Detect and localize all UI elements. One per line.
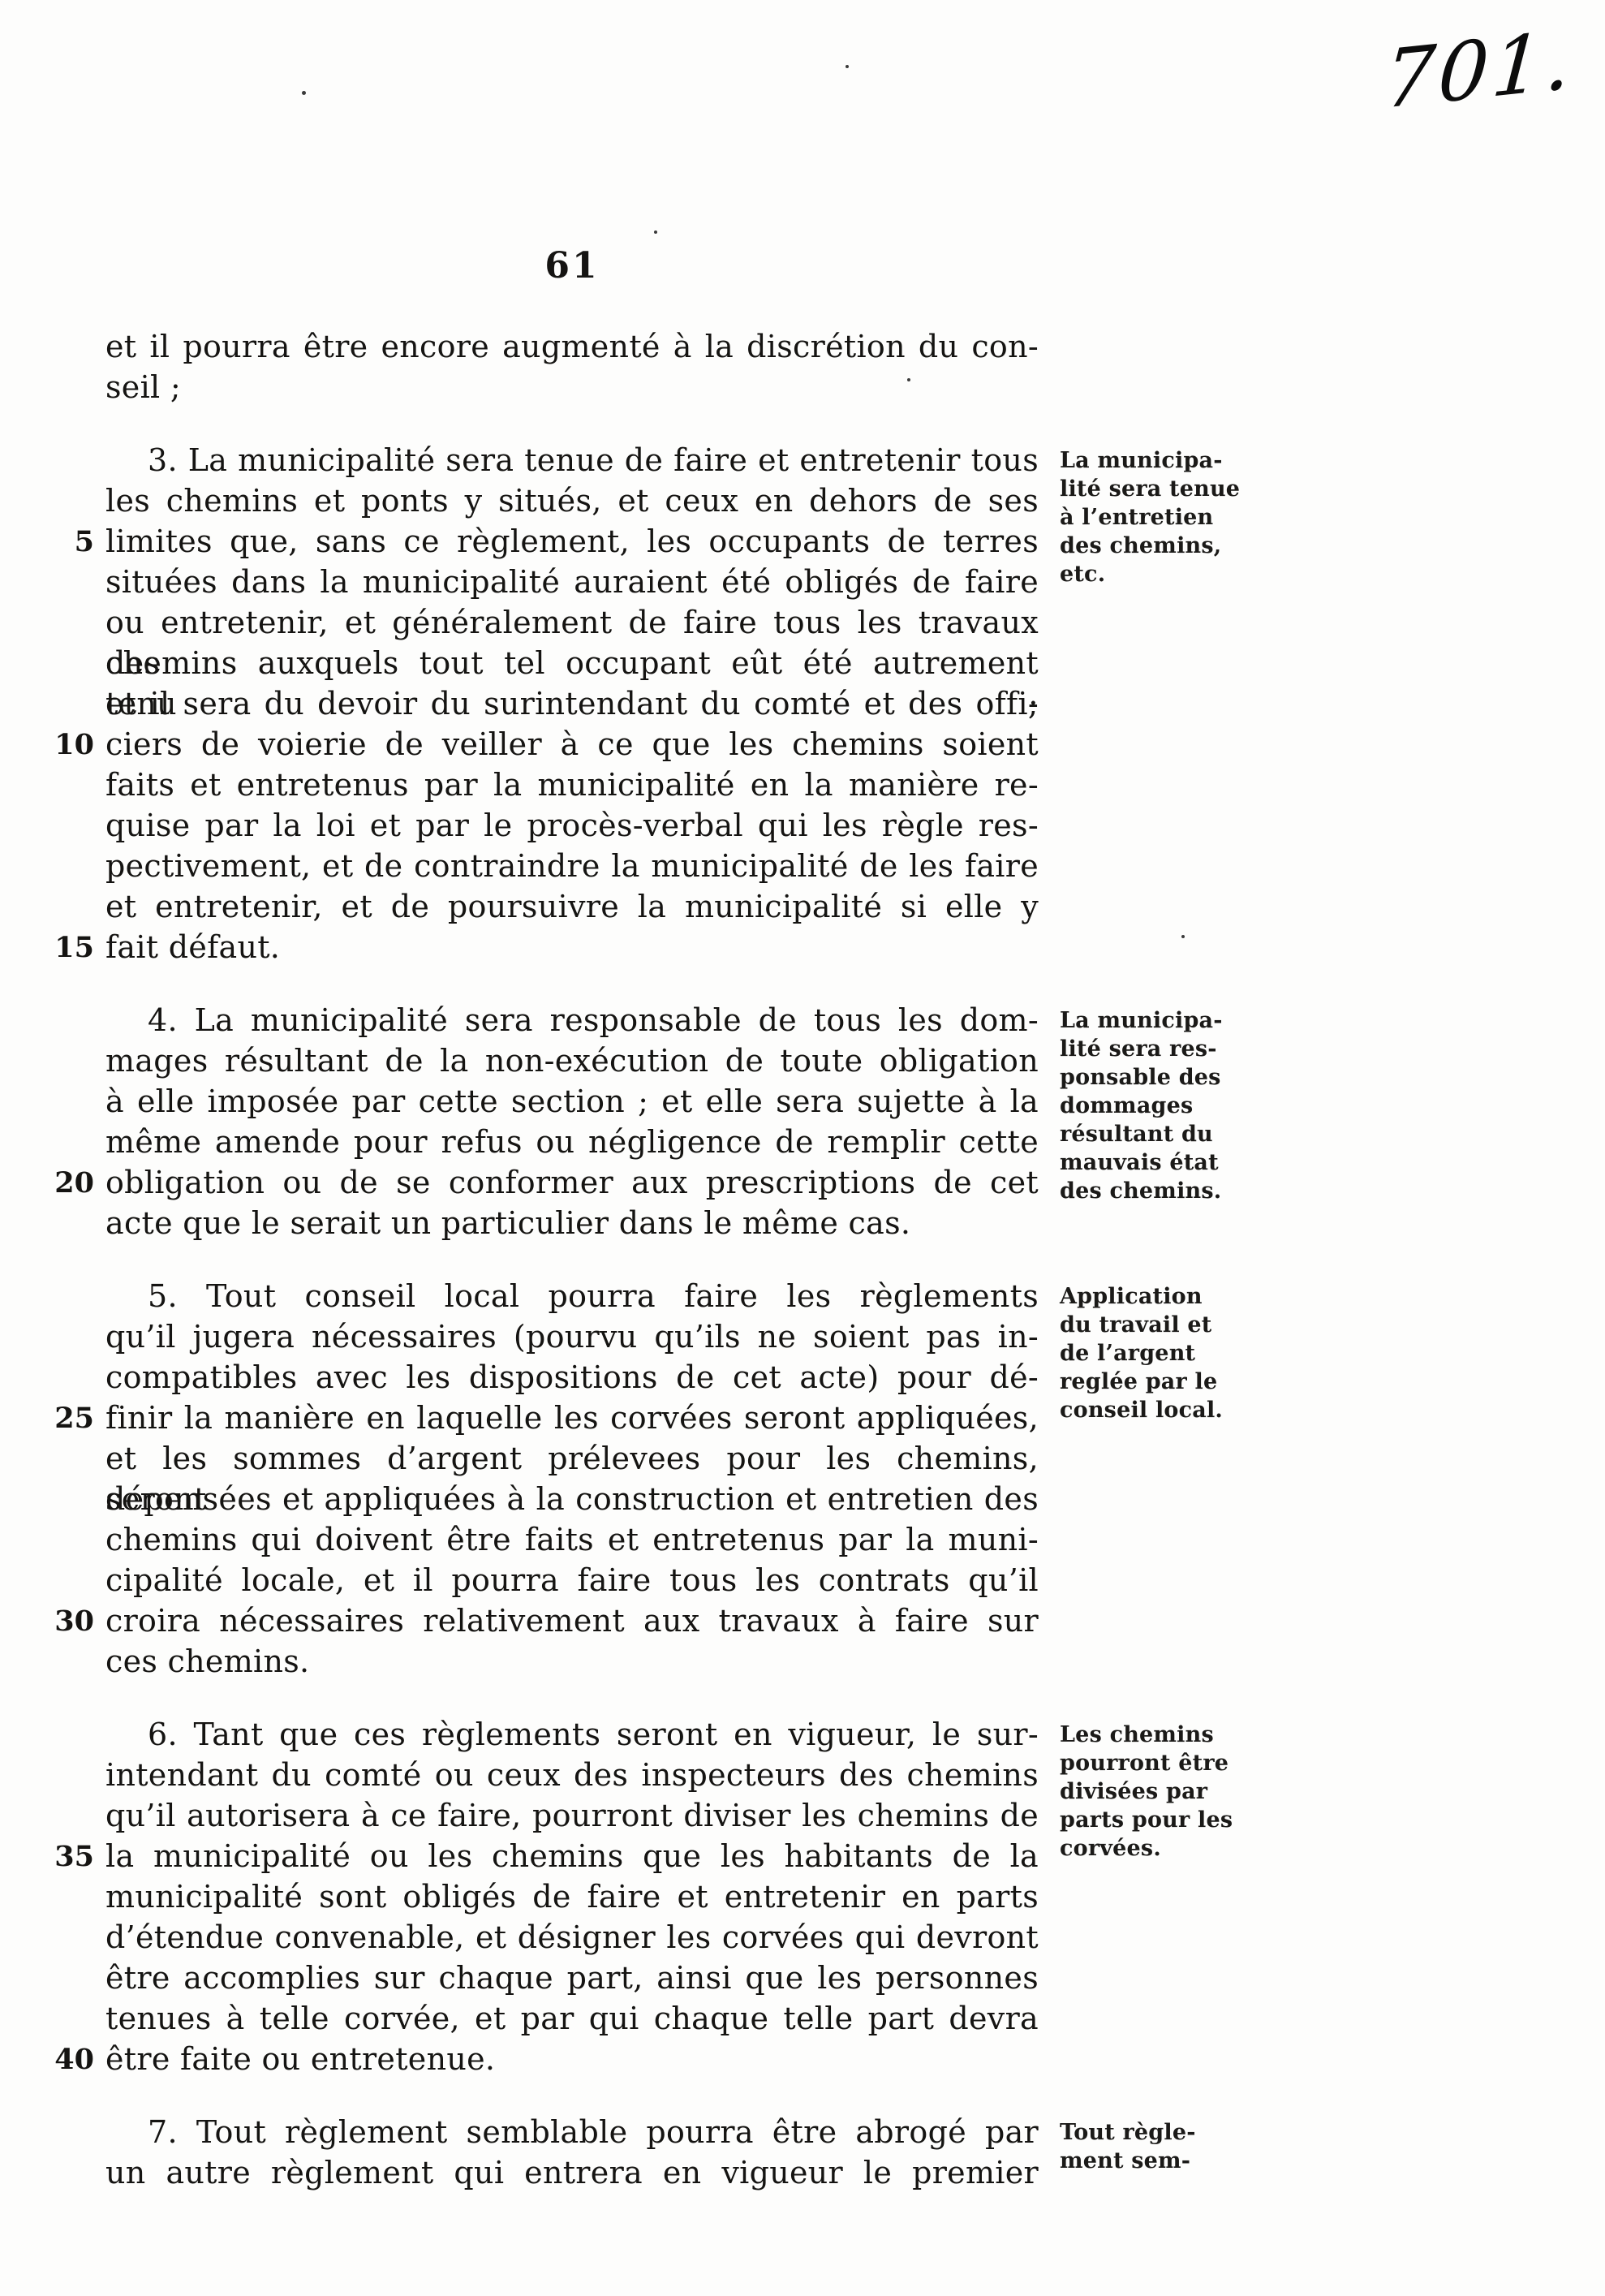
scanned-document-page: 701. 61 et il pourra être encore augment…	[0, 0, 1605, 2296]
text-line-row: quise par la loi et par le procès-verbal…	[105, 805, 1039, 846]
margin-note-line: pourront être	[1060, 1749, 1368, 1777]
text-line: situées dans la municipalité auraient ét…	[105, 562, 1039, 602]
paragraph: 6. Tant que ces règlements seront en vig…	[105, 1714, 1039, 2079]
margin-note-line: ponsable des	[1060, 1063, 1368, 1092]
text-line-row: ou entretenir, et généralement de faire …	[105, 602, 1039, 643]
scan-speck	[846, 65, 849, 68]
margin-note-line: divisées par	[1060, 1777, 1368, 1806]
paragraph: 4. La municipalité sera responsable de t…	[105, 1000, 1039, 1243]
text-line: qu’il autorisera à ce faire, pourront di…	[105, 1795, 1039, 1836]
margin-note: La municipa-lité sera tenueà l’entretien…	[1060, 446, 1368, 588]
text-line: 4. La municipalité sera responsable de t…	[105, 1000, 1039, 1040]
text-line-row: dépensées et appliquées à la constructio…	[105, 1479, 1039, 1519]
text-line-row: et les sommes d’argent prélevees pour le…	[105, 1438, 1039, 1479]
text-line: quise par la loi et par le procès-verbal…	[105, 805, 1039, 846]
text-line-row: 40être faite ou entretenue.	[105, 2039, 1039, 2079]
margin-note-line: des chemins.	[1060, 1177, 1368, 1205]
text-line: compatibles avec les dispositions de cet…	[105, 1357, 1039, 1398]
text-line-row: 3. La municipalité sera tenue de faire e…	[105, 440, 1039, 480]
margin-note-line: de l’argent	[1060, 1339, 1368, 1368]
text-line: ces chemins.	[105, 1641, 1039, 1682]
margin-note-line: lité sera res-	[1060, 1035, 1368, 1063]
text-line-row: et il sera du devoir du surintendant du …	[105, 683, 1039, 724]
margin-note-line: lité sera tenue	[1060, 475, 1368, 503]
text-line: 5. Tout conseil local pourra faire les r…	[105, 1276, 1039, 1316]
text-line-row: et entretenir, et de poursuivre la munic…	[105, 886, 1039, 927]
line-number: 10	[44, 726, 94, 765]
text-line-row: 35la municipalité ou les chemins que les…	[105, 1836, 1039, 1876]
text-line-row: intendant du comté ou ceux des inspecteu…	[105, 1755, 1039, 1795]
margin-note-line: Les chemins	[1060, 1721, 1368, 1749]
margin-note-line: ment sem-	[1060, 2147, 1368, 2175]
margin-note-line: des chemins,	[1060, 532, 1368, 560]
margin-note-line: Tout règle-	[1060, 2118, 1368, 2147]
margin-note-line: La municipa-	[1060, 1006, 1368, 1035]
text-line: cipalité locale, et il pourra faire tous…	[105, 1560, 1039, 1600]
text-line-row: ces chemins.	[105, 1641, 1039, 1682]
line-number: 25	[44, 1399, 94, 1438]
margin-note-line: à l’entretien	[1060, 503, 1368, 532]
text-line-row: faits et entretenus par la municipalité …	[105, 765, 1039, 805]
text-line: finir la manière en laquelle les corvées…	[105, 1398, 1039, 1438]
text-line-row: cipalité locale, et il pourra faire tous…	[105, 1560, 1039, 1600]
text-line: limites que, sans ce règlement, les occu…	[105, 521, 1039, 562]
text-line-row: acte que le serait un particulier dans l…	[105, 1203, 1039, 1243]
text-line-row: seil ;	[105, 367, 1039, 407]
text-line-row: un autre règlement qui entrera en vigueu…	[105, 2152, 1039, 2193]
margin-note-line: mauvais état	[1060, 1148, 1368, 1177]
margin-note-line: reglée par le	[1060, 1368, 1368, 1396]
text-line: ciers de voierie de veiller à ce que les…	[105, 724, 1039, 765]
text-line-row: 7. Tout règlement semblable pourra être …	[105, 2112, 1039, 2152]
text-line: pectivement, et de contraindre la munici…	[105, 846, 1039, 886]
text-line-row: mages résultant de la non-exécution de t…	[105, 1040, 1039, 1081]
text-line-row: d’étendue convenable, et désigner les co…	[105, 1917, 1039, 1958]
text-line-row: qu’il autorisera à ce faire, pourront di…	[105, 1795, 1039, 1836]
text-line: d’étendue convenable, et désigner les co…	[105, 1917, 1039, 1958]
line-number: 5	[44, 523, 94, 562]
text-line-row: 10ciers de voierie de veiller à ce que l…	[105, 724, 1039, 765]
margin-note-line: conseil local.	[1060, 1396, 1368, 1424]
text-line: municipalité sont obligés de faire et en…	[105, 1876, 1039, 1917]
text-line: mages résultant de la non-exécution de t…	[105, 1040, 1039, 1081]
line-number: 40	[44, 2040, 94, 2079]
margin-note-line: du travail et	[1060, 1311, 1368, 1339]
margin-note: Applicationdu travail etde l’argentreglé…	[1060, 1282, 1368, 1424]
text-line: et il sera du devoir du surintendant du …	[105, 683, 1039, 724]
text-line-row: et il pourra être encore augmenté à la d…	[105, 326, 1039, 367]
text-line-row: municipalité sont obligés de faire et en…	[105, 1876, 1039, 1917]
line-number: 30	[44, 1602, 94, 1641]
text-line: faits et entretenus par la municipalité …	[105, 765, 1039, 805]
text-line: intendant du comté ou ceux des inspecteu…	[105, 1755, 1039, 1795]
text-line: seil ;	[105, 367, 1039, 407]
text-line-row: qu’il jugera nécessaires (pourvu qu’ils …	[105, 1316, 1039, 1357]
line-number: 35	[44, 1837, 94, 1876]
text-line-row: 6. Tant que ces règlements seront en vig…	[105, 1714, 1039, 1755]
scan-speck	[654, 230, 657, 234]
scan-speck	[1181, 935, 1185, 938]
text-line-row: chemins qui doivent être faits et entret…	[105, 1519, 1039, 1560]
margin-note-line: résultant du	[1060, 1120, 1368, 1148]
margin-note-line: La municipa-	[1060, 446, 1368, 475]
text-line-row: pectivement, et de contraindre la munici…	[105, 846, 1039, 886]
text-line: et entretenir, et de poursuivre la munic…	[105, 886, 1039, 927]
text-line: être accomplies sur chaque part, ainsi q…	[105, 1958, 1039, 1998]
margin-note-line: Application	[1060, 1282, 1368, 1311]
text-line: même amende pour refus ou négligence de …	[105, 1122, 1039, 1162]
text-line: qu’il jugera nécessaires (pourvu qu’ils …	[105, 1316, 1039, 1357]
page-number: 61	[105, 245, 1039, 286]
margin-note-line: parts pour les	[1060, 1806, 1368, 1834]
text-line-row: 5. Tout conseil local pourra faire les r…	[105, 1276, 1039, 1316]
line-number: 15	[44, 928, 94, 967]
text-line-row: les chemins et ponts y situés, et ceux e…	[105, 480, 1039, 521]
text-line: 3. La municipalité sera tenue de faire e…	[105, 440, 1039, 480]
text-line: 7. Tout règlement semblable pourra être …	[105, 2112, 1039, 2152]
margin-note: Tout règle-ment sem-	[1060, 2118, 1368, 2175]
text-line-row: 25finir la manière en laquelle les corvé…	[105, 1398, 1039, 1438]
text-line-row: 4. La municipalité sera responsable de t…	[105, 1000, 1039, 1040]
margin-note-line: corvées.	[1060, 1834, 1368, 1863]
text-line-row: tenues à telle corvée, et par qui chaque…	[105, 1998, 1039, 2039]
text-line: et il pourra être encore augmenté à la d…	[105, 326, 1039, 367]
margin-note-line: dommages	[1060, 1092, 1368, 1120]
paragraph: 7. Tout règlement semblable pourra être …	[105, 2112, 1039, 2193]
text-line-row: compatibles avec les dispositions de cet…	[105, 1357, 1039, 1398]
text-line: les chemins et ponts y situés, et ceux e…	[105, 480, 1039, 521]
margin-note-line: etc.	[1060, 560, 1368, 588]
text-line: fait défaut.	[105, 927, 1039, 967]
text-line-row: être accomplies sur chaque part, ainsi q…	[105, 1958, 1039, 1998]
text-line: 6. Tant que ces règlements seront en vig…	[105, 1714, 1039, 1755]
paragraph: 5. Tout conseil local pourra faire les r…	[105, 1276, 1039, 1682]
text-column: et il pourra être encore augmenté à la d…	[105, 326, 1039, 2225]
text-line: la municipalité ou les chemins que les h…	[105, 1836, 1039, 1876]
text-line: être faite ou entretenue.	[105, 2039, 1039, 2079]
handwritten-folio-number: 701.	[1382, 20, 1577, 121]
scan-speck	[302, 91, 306, 95]
text-line: tenues à telle corvée, et par qui chaque…	[105, 1998, 1039, 2039]
text-line-row: même amende pour refus ou négligence de …	[105, 1122, 1039, 1162]
text-line-row: 20obligation ou de se conformer aux pres…	[105, 1162, 1039, 1203]
text-line: dépensées et appliquées à la constructio…	[105, 1479, 1039, 1519]
text-line-row: situées dans la municipalité auraient ét…	[105, 562, 1039, 602]
text-line: croira nécessaires relativement aux trav…	[105, 1600, 1039, 1641]
line-number: 20	[44, 1164, 94, 1203]
text-line-row: 5limites que, sans ce règlement, les occ…	[105, 521, 1039, 562]
text-line: obligation ou de se conformer aux prescr…	[105, 1162, 1039, 1203]
text-line: un autre règlement qui entrera en vigueu…	[105, 2152, 1039, 2193]
text-line: à elle imposée par cette section ; et el…	[105, 1081, 1039, 1122]
text-line-row: à elle imposée par cette section ; et el…	[105, 1081, 1039, 1122]
text-line-row: 15fait défaut.	[105, 927, 1039, 967]
paragraph: 3. La municipalité sera tenue de faire e…	[105, 440, 1039, 967]
text-line: chemins qui doivent être faits et entret…	[105, 1519, 1039, 1560]
text-line-row: chemins auxquels tout tel occupant eût é…	[105, 643, 1039, 683]
margin-note: Les cheminspourront êtredivisées parpart…	[1060, 1721, 1368, 1863]
text-line-row: 30croira nécessaires relativement aux tr…	[105, 1600, 1039, 1641]
paragraph: et il pourra être encore augmenté à la d…	[105, 326, 1039, 407]
text-line: acte que le serait un particulier dans l…	[105, 1203, 1039, 1243]
margin-note: La municipa-lité sera res-ponsable desdo…	[1060, 1006, 1368, 1205]
